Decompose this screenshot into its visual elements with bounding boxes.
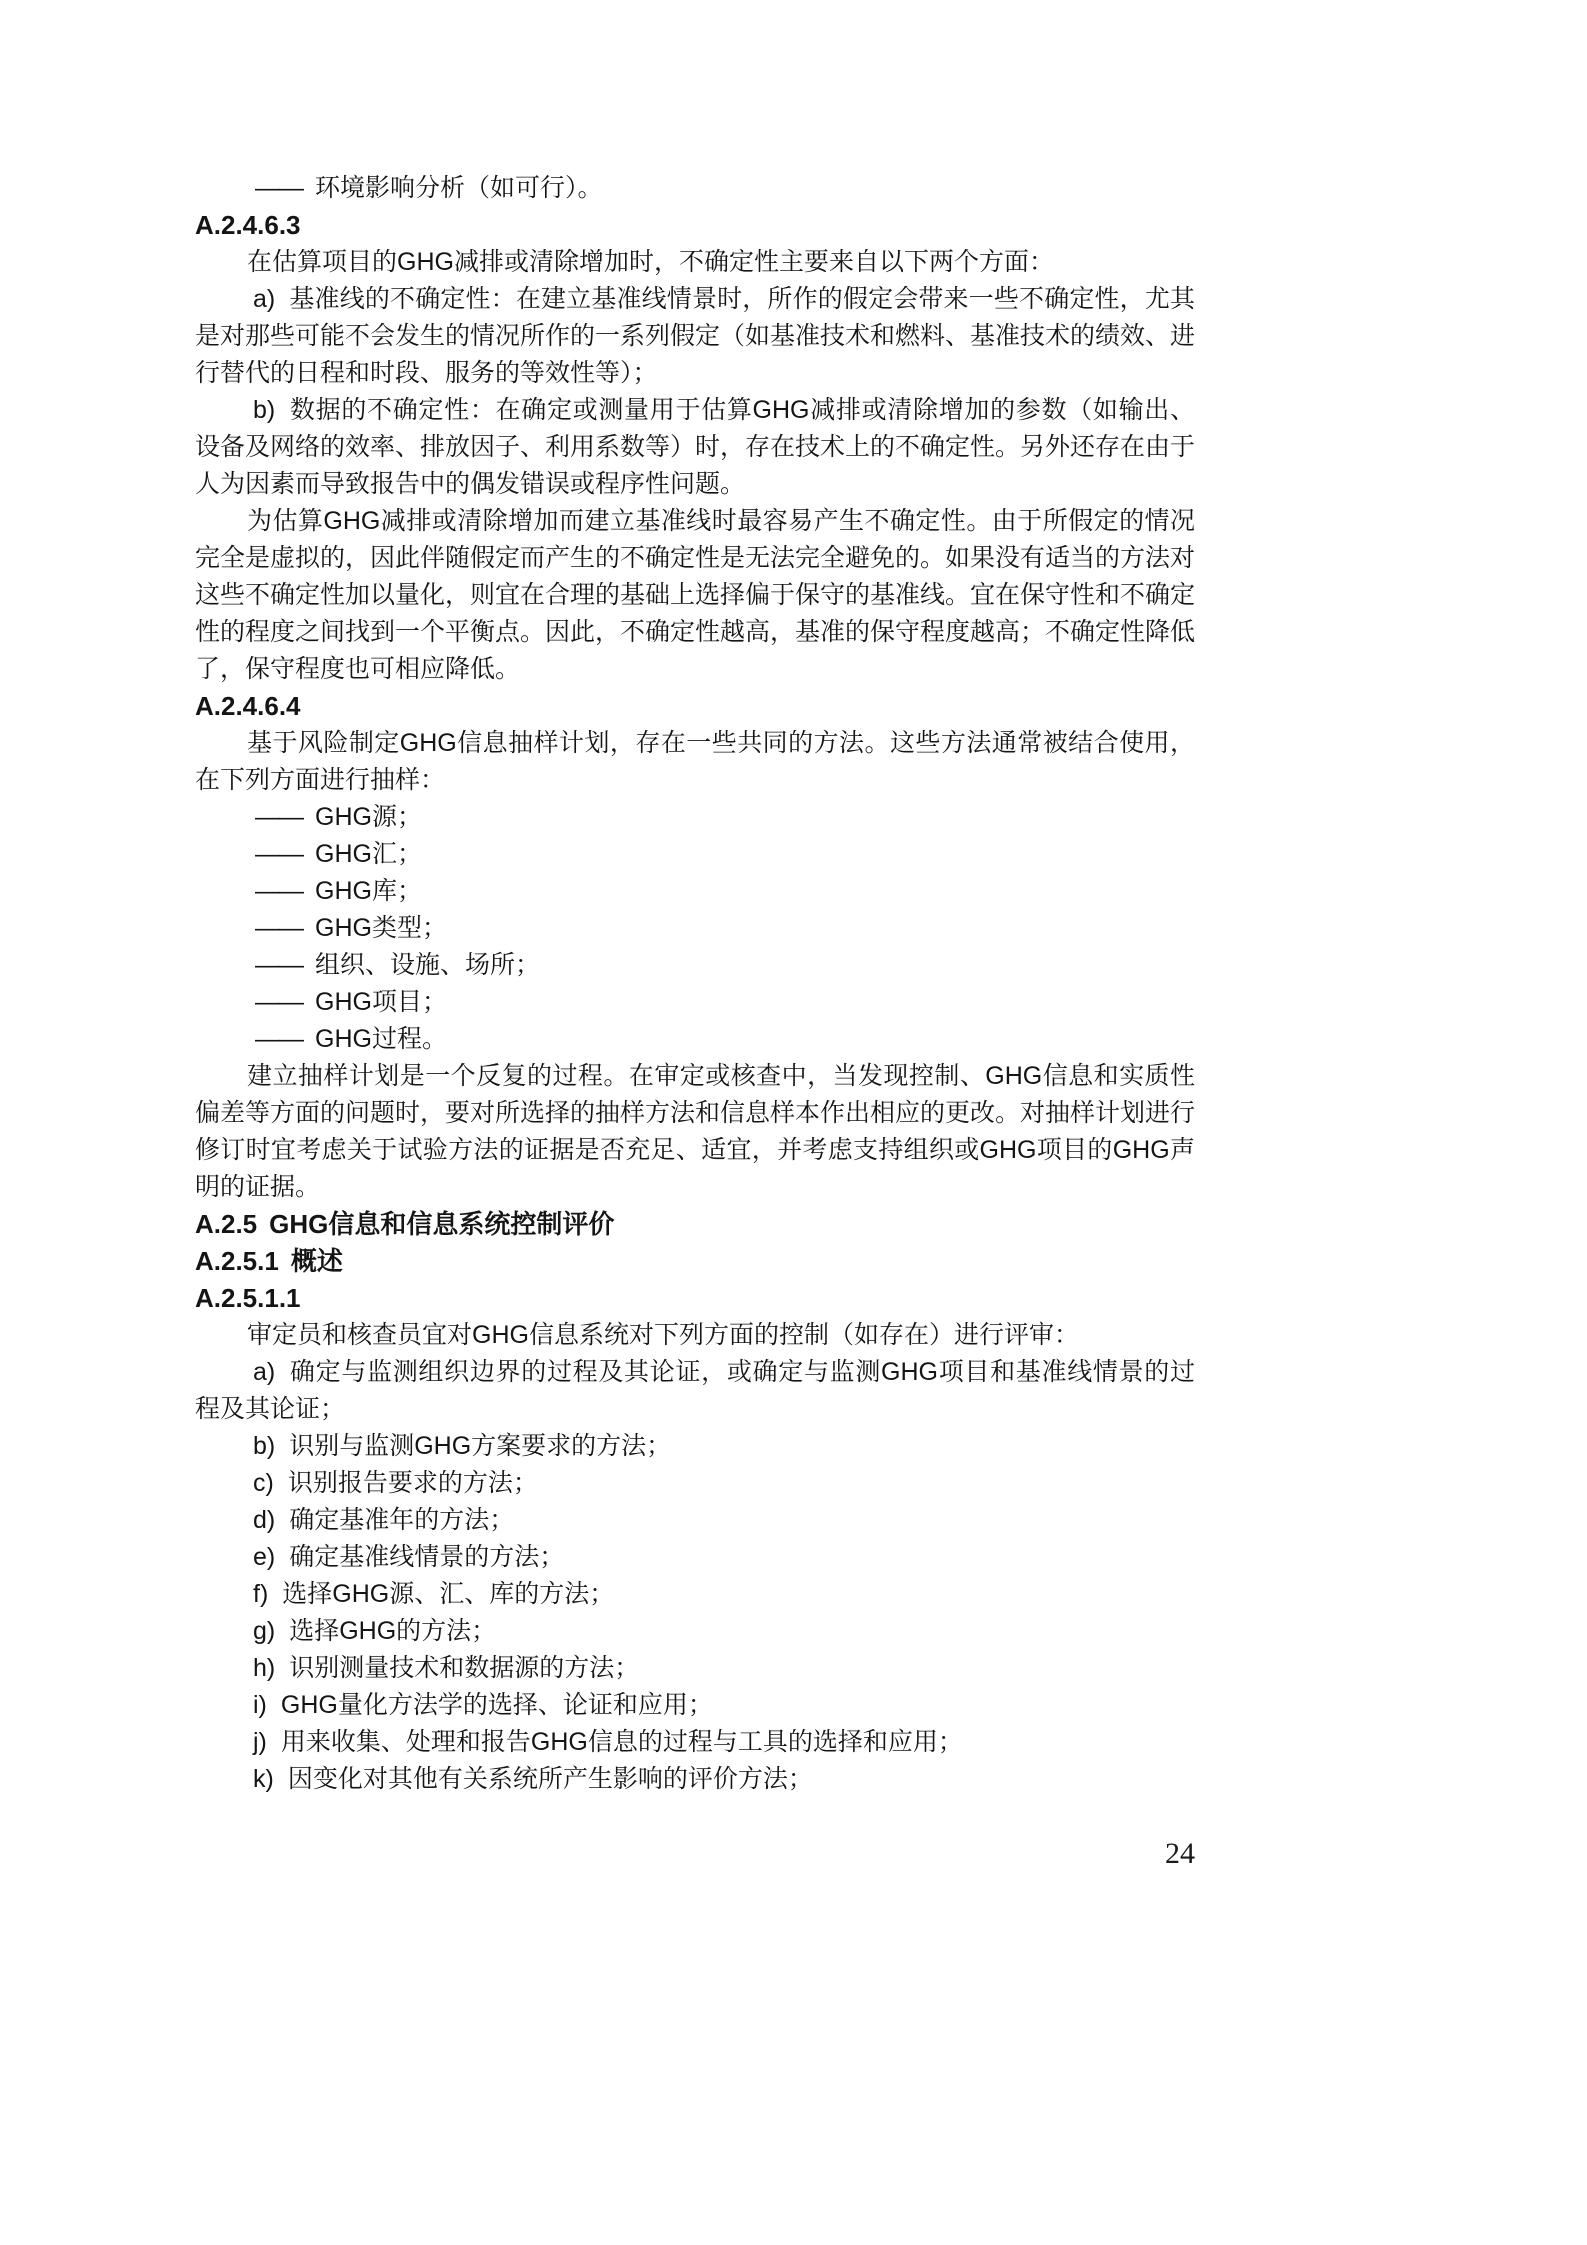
lettered-list-item: d)确定基准年的方法； bbox=[195, 1502, 1195, 1539]
section-heading-number: A.2.4.6.4 bbox=[195, 691, 301, 721]
lettered-list-item-letter: g) bbox=[253, 1617, 275, 1645]
lettered-list-item: i)GHG量化方法学的选择、论证和应用； bbox=[195, 1687, 1195, 1724]
lettered-list-item: a)基准线的不确定性：在建立基准线情景时，所作的假定会带来一些不确定性，尤其是对… bbox=[195, 281, 1195, 392]
section-heading-number: A.2.4.6.3 bbox=[195, 210, 301, 240]
dash-marker: —— bbox=[255, 840, 303, 868]
lettered-list-item-text: 识别测量技术和数据源的方法； bbox=[289, 1654, 639, 1682]
dash-marker: —— bbox=[255, 914, 303, 942]
section-heading: A.2.4.6.4 bbox=[195, 688, 1195, 725]
lettered-list-item-letter: d) bbox=[253, 1506, 275, 1534]
section-heading-title: GHG信息和信息系统控制评价 bbox=[269, 1209, 614, 1239]
dash-list-item: ——GHG源； bbox=[195, 799, 1195, 836]
paragraph: 审定员和核查员宜对GHG信息系统对下列方面的控制（如存在）进行评审： bbox=[195, 1317, 1195, 1354]
lettered-list-item-letter: b) bbox=[253, 396, 275, 424]
dash-list-item-text: GHG过程。 bbox=[315, 1025, 447, 1053]
dash-list-item-text: 环境影响分析（如可行）。 bbox=[315, 174, 603, 202]
lettered-list-item: g)选择GHG的方法； bbox=[195, 1613, 1195, 1650]
section-heading-number: A.2.5.1 bbox=[195, 1246, 279, 1276]
dash-list-item-text: GHG项目； bbox=[315, 988, 447, 1016]
section-heading-title: 概述 bbox=[291, 1246, 343, 1276]
lettered-list-item-text: 确定基准年的方法； bbox=[289, 1506, 514, 1534]
dash-list-item: ——GHG类型； bbox=[195, 910, 1195, 947]
lettered-list-item-text: 用来收集、处理和报告GHG信息的过程与工具的选择和应用； bbox=[281, 1728, 963, 1756]
dash-list-item: ——GHG库； bbox=[195, 873, 1195, 910]
lettered-list-item-letter: i) bbox=[253, 1691, 267, 1719]
dash-marker: —— bbox=[255, 1025, 303, 1053]
paragraph: 建立抽样计划是一个反复的过程。在审定或核查中，当发现控制、GHG信息和实质性偏差… bbox=[195, 1058, 1195, 1206]
section-heading-number: A.2.5 bbox=[195, 1209, 257, 1239]
lettered-list-item: h)识别测量技术和数据源的方法； bbox=[195, 1650, 1195, 1687]
lettered-list-item-text: 数据的不确定性：在确定或测量用于估算GHG减排或清除增加的参数（如输出、设备及网… bbox=[195, 396, 1195, 498]
lettered-list-item-text: 确定与监测组织边界的过程及其论证，或确定与监测GHG项目和基准线情景的过程及其论… bbox=[195, 1358, 1195, 1423]
dash-marker: —— bbox=[255, 951, 303, 979]
lettered-list-item-letter: a) bbox=[253, 1358, 275, 1386]
document-page: ——环境影响分析（如可行）。A.2.4.6.3在估算项目的GHG减排或清除增加时… bbox=[0, 0, 1587, 2245]
dash-list-item: ——环境影响分析（如可行）。 bbox=[195, 170, 1195, 207]
lettered-list-item-letter: j) bbox=[253, 1728, 267, 1756]
lettered-list-item-text: 基准线的不确定性：在建立基准线情景时，所作的假定会带来一些不确定性，尤其是对那些… bbox=[195, 285, 1195, 387]
page-number: 24 bbox=[1080, 1836, 1195, 1872]
lettered-list-item-letter: f) bbox=[253, 1580, 268, 1608]
dash-list-item-text: GHG源； bbox=[315, 803, 422, 831]
lettered-list-item: e)确定基准线情景的方法； bbox=[195, 1539, 1195, 1576]
lettered-list-item-letter: c) bbox=[253, 1469, 274, 1497]
section-heading: A.2.5GHG信息和信息系统控制评价 bbox=[195, 1206, 1195, 1243]
section-heading: A.2.5.1概述 bbox=[195, 1243, 1195, 1280]
dash-list-item: ——GHG过程。 bbox=[195, 1021, 1195, 1058]
lettered-list-item-text: 确定基准线情景的方法； bbox=[289, 1543, 564, 1571]
lettered-list-item-text: 选择GHG的方法； bbox=[289, 1617, 496, 1645]
lettered-list-item-text: GHG量化方法学的选择、论证和应用； bbox=[281, 1691, 713, 1719]
dash-list-item-text: GHG库； bbox=[315, 877, 422, 905]
document-content: ——环境影响分析（如可行）。A.2.4.6.3在估算项目的GHG减排或清除增加时… bbox=[195, 170, 1195, 1798]
dash-list-item-text: 组织、设施、场所； bbox=[315, 951, 540, 979]
dash-marker: —— bbox=[255, 988, 303, 1016]
dash-list-item: ——GHG项目； bbox=[195, 984, 1195, 1021]
lettered-list-item-letter: e) bbox=[253, 1543, 275, 1571]
lettered-list-item: b)数据的不确定性：在确定或测量用于估算GHG减排或清除增加的参数（如输出、设备… bbox=[195, 392, 1195, 503]
lettered-list-item: b)识别与监测GHG方案要求的方法； bbox=[195, 1428, 1195, 1465]
lettered-list-item-text: 识别报告要求的方法； bbox=[288, 1469, 538, 1497]
lettered-list-item: a)确定与监测组织边界的过程及其论证，或确定与监测GHG项目和基准线情景的过程及… bbox=[195, 1354, 1195, 1428]
paragraph: 在估算项目的GHG减排或清除增加时，不确定性主要来自以下两个方面： bbox=[195, 244, 1195, 281]
lettered-list-item-text: 因变化对其他有关系统所产生影响的评价方法； bbox=[288, 1765, 813, 1793]
paragraph: 基于风险制定GHG信息抽样计划，存在一些共同的方法。这些方法通常被结合使用，在下… bbox=[195, 725, 1195, 799]
lettered-list-item-text: 选择GHG源、汇、库的方法； bbox=[282, 1580, 614, 1608]
lettered-list-item-letter: h) bbox=[253, 1654, 275, 1682]
dash-marker: —— bbox=[255, 877, 303, 905]
paragraph: 为估算GHG减排或清除增加而建立基准线时最容易产生不确定性。由于所假定的情况完全… bbox=[195, 503, 1195, 688]
lettered-list-item: f)选择GHG源、汇、库的方法； bbox=[195, 1576, 1195, 1613]
section-heading: A.2.4.6.3 bbox=[195, 207, 1195, 244]
dash-list-item-text: GHG类型； bbox=[315, 914, 447, 942]
lettered-list-item-text: 识别与监测GHG方案要求的方法； bbox=[289, 1432, 671, 1460]
lettered-list-item-letter: b) bbox=[253, 1432, 275, 1460]
dash-marker: —— bbox=[255, 803, 303, 831]
lettered-list-item-letter: a) bbox=[253, 285, 275, 313]
dash-list-item: ——GHG汇； bbox=[195, 836, 1195, 873]
section-heading: A.2.5.1.1 bbox=[195, 1280, 1195, 1317]
section-heading-number: A.2.5.1.1 bbox=[195, 1283, 301, 1313]
dash-marker: —— bbox=[255, 174, 303, 202]
dash-list-item: ——组织、设施、场所； bbox=[195, 947, 1195, 984]
lettered-list-item: k)因变化对其他有关系统所产生影响的评价方法； bbox=[195, 1761, 1195, 1798]
lettered-list-item: c)识别报告要求的方法； bbox=[195, 1465, 1195, 1502]
lettered-list-item-letter: k) bbox=[253, 1765, 274, 1793]
lettered-list-item: j)用来收集、处理和报告GHG信息的过程与工具的选择和应用； bbox=[195, 1724, 1195, 1761]
dash-list-item-text: GHG汇； bbox=[315, 840, 422, 868]
